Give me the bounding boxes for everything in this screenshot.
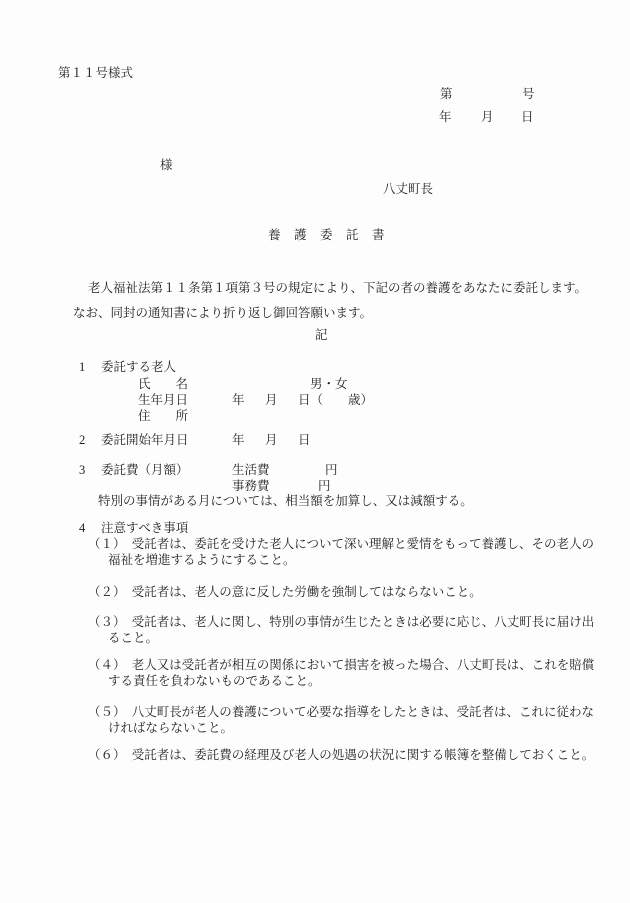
record-marker: 記: [315, 328, 328, 342]
notice-item-4-line-2: する責任を負わないものであること。: [0, 674, 630, 689]
body-text-1: 老人福祉法第１１条第１項第３号の規定により、下記の者の養護をあなたに委託します。: [88, 281, 587, 295]
notice-item-2-text-1: （２） 受託者は、老人の意に反した労働を強制してはならないこと。: [88, 585, 482, 599]
notice-item-5-text-2: ければならないこと。: [108, 721, 233, 735]
section3-admin-expense-row: 事務費 円: [0, 479, 630, 494]
section1-address-row: 住 所: [0, 409, 630, 424]
start-year-label: 年: [232, 433, 245, 447]
name-label: 氏 名: [138, 377, 188, 391]
notice-item-4-line-1: （４） 老人又は受託者が相互の関係において損害を被った場合、八丈町長は、これを賠…: [0, 658, 630, 673]
title-line: 養 護 委 託 書: [0, 228, 630, 243]
section2-heading: 委託開始年月日: [101, 433, 189, 447]
date-year-label: 年: [439, 110, 452, 124]
notice-item-3-text-2: ること。: [108, 631, 158, 645]
section1-heading: 委託する老人: [101, 360, 176, 374]
admin-expense-unit: 円: [318, 479, 331, 493]
birth-year-label: 年: [232, 393, 245, 407]
notice-item-2-line-1: （２） 受託者は、老人の意に反した労働を強制してはならないこと。: [0, 585, 630, 600]
body-text-2: なお、同封の通知書により折り返し御回答願います。: [73, 306, 372, 320]
addressee-line: 様: [0, 158, 630, 173]
birth-day-age-label: 日（ 歳）: [298, 393, 373, 407]
issue-number-line: 第 号: [0, 87, 630, 102]
address-label: 住 所: [138, 409, 188, 423]
date-day-label: 日: [521, 110, 534, 124]
notice-item-4-text-2: する責任を負わないものであること。: [108, 674, 321, 688]
section2-number: 2: [79, 433, 85, 447]
notice-item-5-line-1: （５） 八丈町長が老人の養護について必要な指導をしたときは、受託者は、これに従わ…: [0, 705, 630, 720]
addressee-honorific: 様: [160, 158, 173, 172]
notice-item-6-text-1: （６） 受託者は、委託費の経理及び老人の処遇の状況に関する帳簿を整備しておくこと…: [88, 748, 594, 762]
body-paragraph-line-2: なお、同封の通知書により折り返し御回答願います。: [0, 306, 630, 321]
admin-expense-label: 事務費: [232, 479, 270, 493]
section4-number: 4: [79, 521, 85, 535]
living-expense-unit: 円: [325, 463, 338, 477]
section1-number: 1: [79, 360, 85, 374]
notice-item-5-line-2: ければならないこと。: [0, 721, 630, 736]
section1-heading-line: 1 委託する老人: [0, 360, 630, 375]
form-number: 第１１号様式: [58, 66, 133, 80]
notice-item-5-text-1: （５） 八丈町長が老人の養護について必要な指導をしたときは、受託者は、これに従わ…: [88, 705, 594, 719]
start-month-label: 月: [265, 433, 278, 447]
date-month-label: 月: [481, 110, 494, 124]
birth-month-label: 月: [265, 393, 278, 407]
section3-note-line: 特別の事情がある月については、相当額を加算し、又は減額する。: [0, 494, 630, 509]
section4-heading-line: 4 注意すべき事項: [0, 521, 630, 536]
document-title: 養 護 委 託 書: [268, 228, 385, 242]
notice-item-6-line-1: （６） 受託者は、委託費の経理及び老人の処遇の状況に関する帳簿を整備しておくこと…: [0, 748, 630, 763]
record-marker-line: 記: [0, 328, 630, 343]
gender-options: 男・女: [310, 377, 348, 391]
sender-line: 八丈町長: [0, 182, 630, 197]
notice-item-1-text-2: 福祉を増進するようにすること。: [108, 553, 296, 567]
notice-item-4-text-1: （４） 老人又は受託者が相互の関係において損害を被った場合、八丈町長は、これを賠…: [88, 658, 594, 672]
sender-title: 八丈町長: [383, 182, 433, 196]
notice-item-1-line-2: 福祉を増進するようにすること。: [0, 553, 630, 568]
section4-heading: 注意すべき事項: [101, 521, 188, 535]
start-day-label: 日: [298, 433, 311, 447]
section1-name-row: 氏 名 男・女: [0, 377, 630, 392]
body-paragraph-line-1: 老人福祉法第１１条第１項第３号の規定により、下記の者の養護をあなたに委託します。: [0, 281, 630, 296]
issue-number-suffix: 号: [522, 87, 535, 101]
notice-item-3-line-1: （３） 受託者は、老人に関し、特別の事情が生じたときは必要に応じ、八丈町長に届け…: [0, 615, 630, 630]
form-number-line: 第１１号様式: [0, 66, 630, 81]
section3-number: 3: [79, 463, 85, 477]
notice-item-1-text-1: （１） 受託者は、委託を受けた老人について深い理解と愛情をもって養護し、その老人…: [88, 537, 594, 551]
section3-living-expense-row: 3 委託費（月額） 生活費 円: [0, 463, 630, 478]
section1-birthdate-row: 生年月日 年 月 日（ 歳）: [0, 393, 630, 408]
notice-item-1-line-1: （１） 受託者は、委託を受けた老人について深い理解と愛情をもって養護し、その老人…: [0, 537, 630, 552]
notice-item-3-line-2: ること。: [0, 631, 630, 646]
living-expense-label: 生活費: [232, 463, 270, 477]
issue-number-prefix: 第: [440, 87, 453, 101]
section2-line: 2 委託開始年月日 年 月 日: [0, 433, 630, 448]
notice-item-3-text-1: （３） 受託者は、老人に関し、特別の事情が生じたときは必要に応じ、八丈町長に届け…: [88, 615, 594, 629]
section3-note: 特別の事情がある月については、相当額を加算し、又は減額する。: [98, 494, 473, 508]
birthdate-label: 生年月日: [138, 393, 188, 407]
document-page: 第１１号様式 第 号 年 月 日 様 八丈町長 養 護 委 託 書 老人福祉法第…: [0, 0, 630, 903]
section3-heading: 委託費（月額）: [101, 463, 189, 477]
date-line: 年 月 日: [0, 110, 630, 125]
